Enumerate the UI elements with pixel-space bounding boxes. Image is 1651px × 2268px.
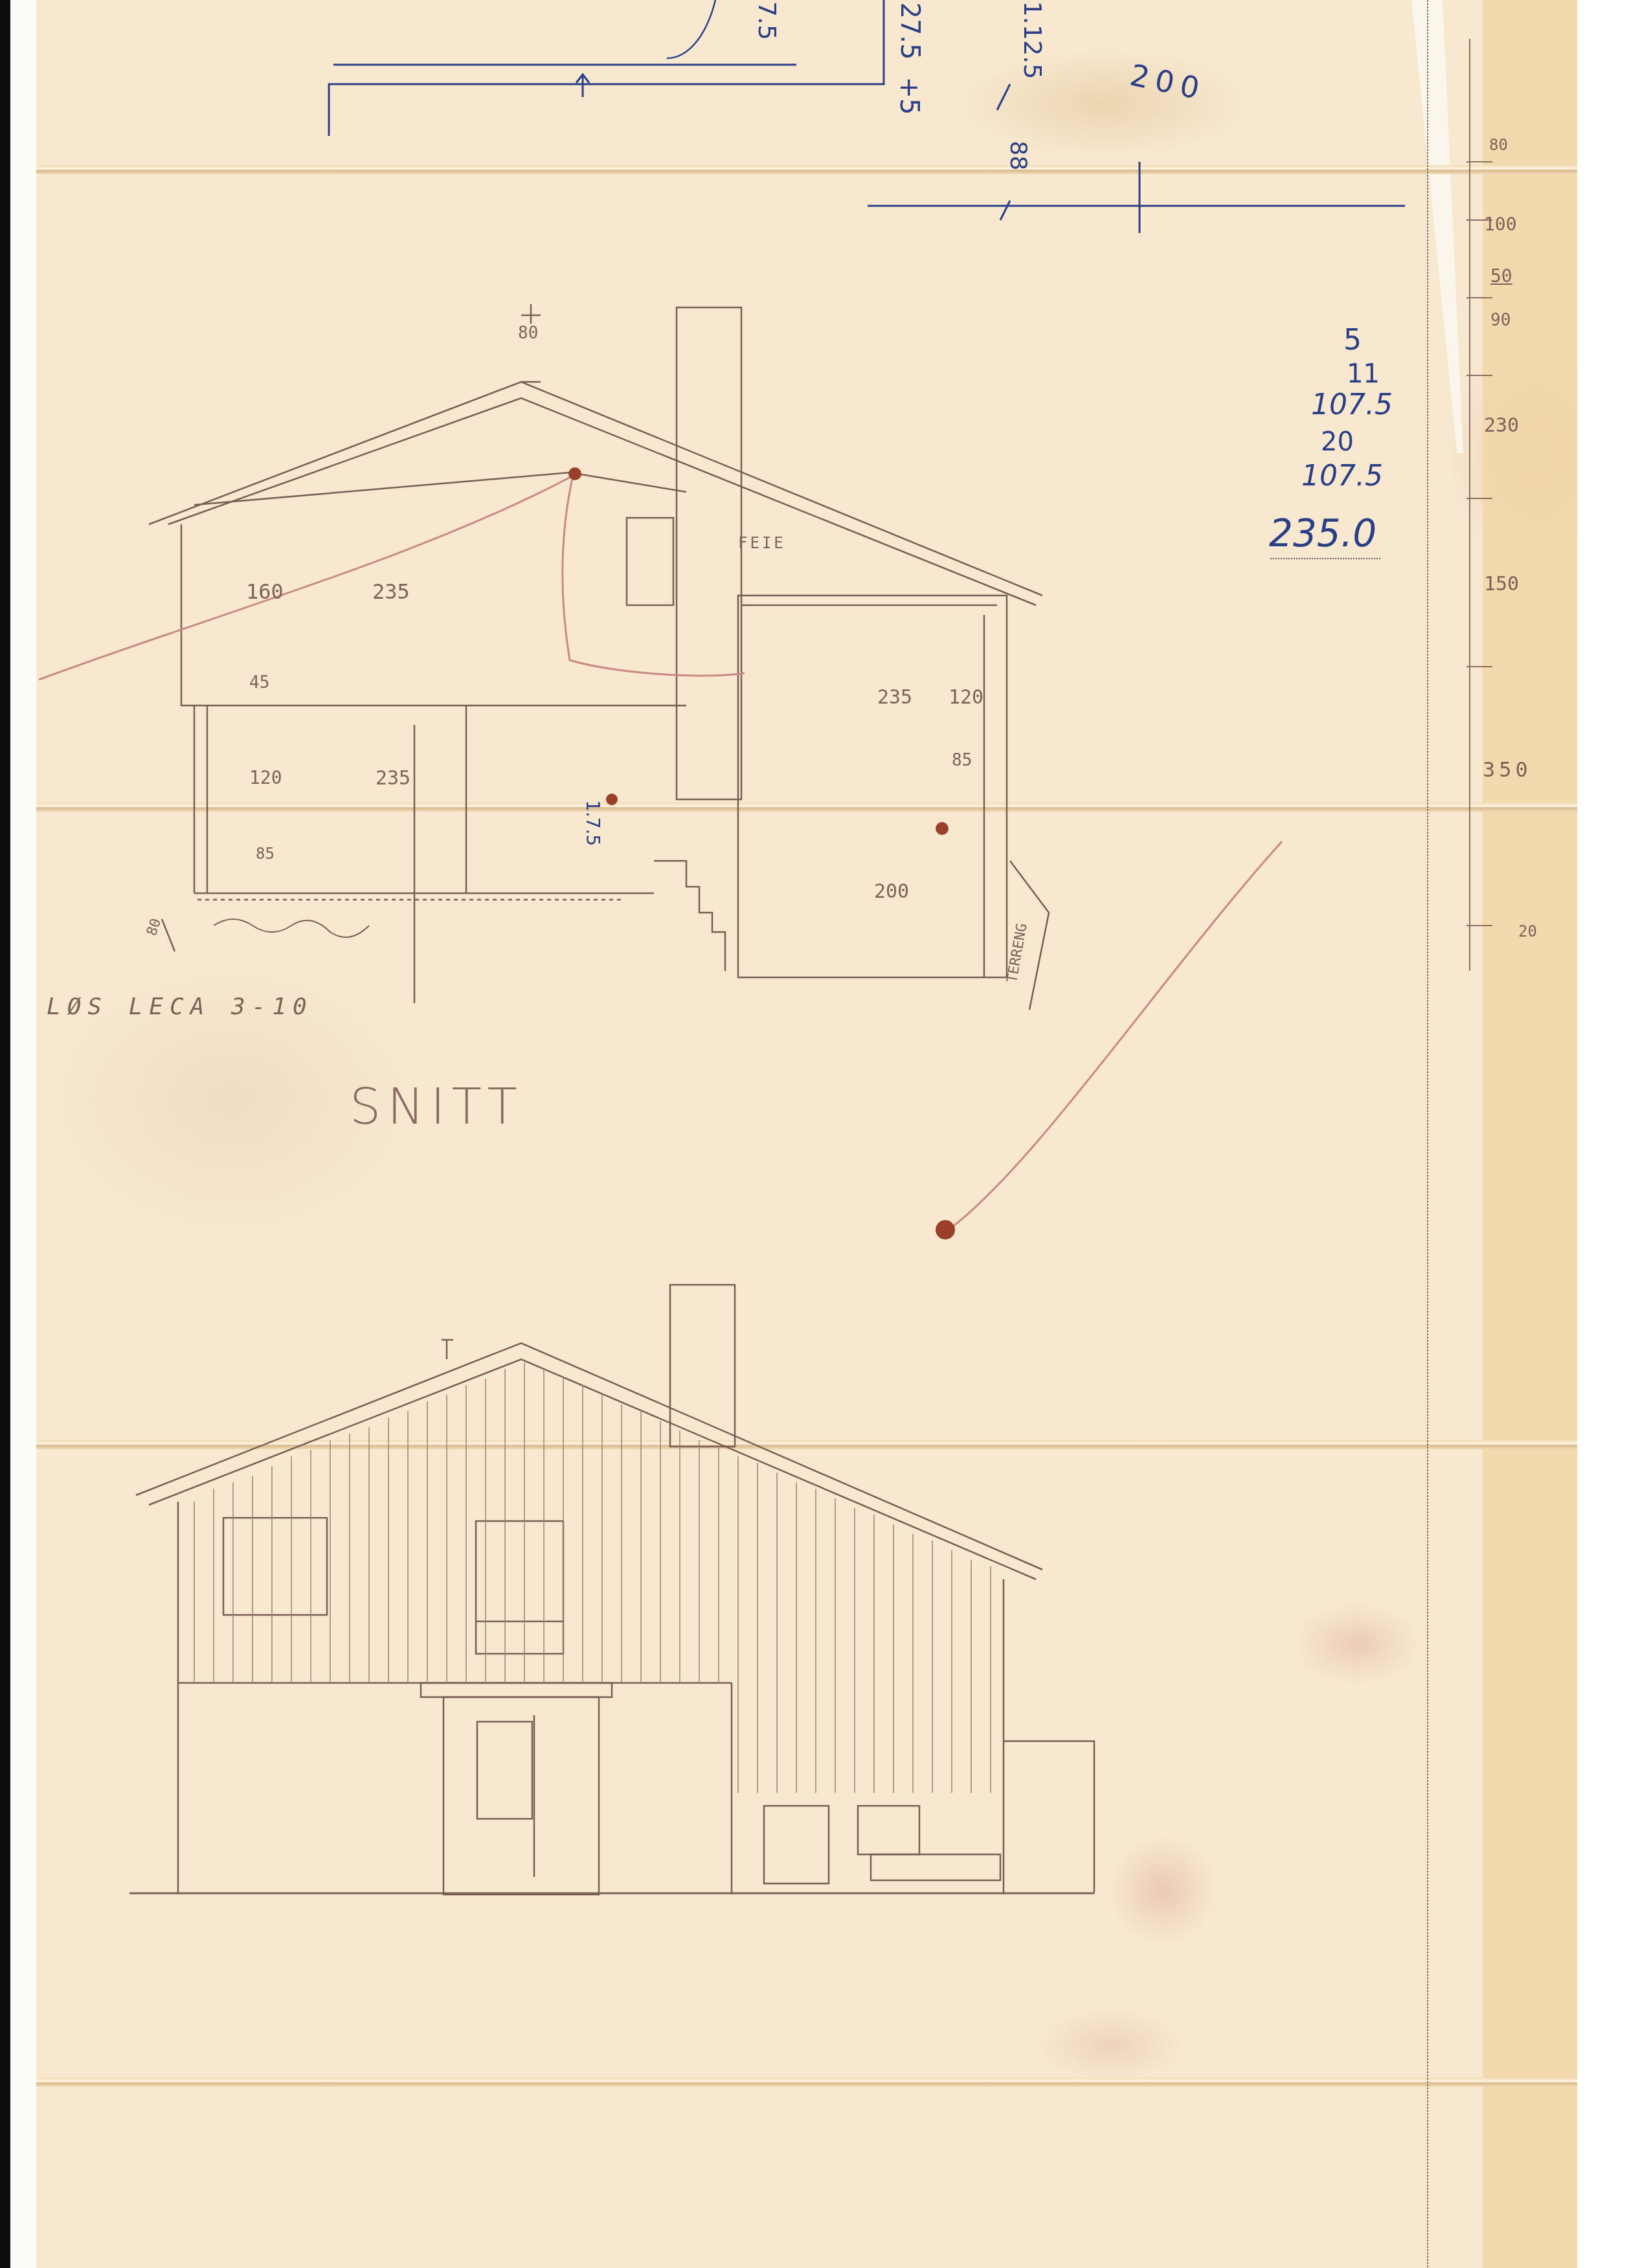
- ruler-tick-label: 230: [1484, 414, 1519, 437]
- dim-left-lower-window: 120: [249, 767, 282, 788]
- dim-ridge-height: 80: [518, 324, 538, 343]
- ruler-tick-label: 80: [1489, 136, 1508, 154]
- section-drawing: [149, 304, 1049, 1010]
- ruler-tick-label: 100: [1484, 214, 1517, 235]
- calc-line-2: 11: [1347, 359, 1380, 389]
- ruler-tick-label: 50: [1490, 265, 1512, 287]
- top-dimension-lines: [329, 0, 1405, 233]
- calc-line-1: 5: [1343, 324, 1362, 357]
- calc-total: 235.0: [1269, 511, 1376, 555]
- dim-left-upper-height: 235: [372, 579, 410, 604]
- ink-dim-mid-vertical: 27.5: [895, 2, 925, 60]
- vertical-cladding: [194, 1362, 991, 1793]
- dim-left-footing: 85: [256, 845, 275, 863]
- ink-dim-blue-vertical: 1.7.5: [582, 800, 603, 846]
- ink-dim-left-vertical: 7.5: [753, 1, 781, 40]
- dim-right-upper-height: 235: [877, 686, 912, 709]
- ruler-tick-label: 20: [1518, 922, 1537, 940]
- ink-dim-right-vertical: 1.12.5: [1018, 1, 1047, 80]
- dim-right-window: 120: [949, 686, 983, 709]
- dim-right-sill: 85: [952, 751, 972, 770]
- dim-left-upper-width: 160: [246, 579, 284, 604]
- ruler-tick-label: 350: [1483, 757, 1532, 782]
- dim-left-sill: 45: [249, 673, 269, 693]
- drawing-canvas: [0, 0, 1651, 2268]
- ruler-tick-label: 150: [1484, 573, 1519, 595]
- elevation-drawing: [129, 1285, 1094, 1895]
- calc-line-4: 20: [1321, 427, 1354, 457]
- section-title: SNITT: [350, 1078, 524, 1135]
- room-label-feie: FEIE: [738, 534, 786, 552]
- calc-line-5: 107.5: [1301, 460, 1383, 493]
- dim-left-lower-height: 235: [376, 767, 410, 790]
- calc-line-3: 107.5: [1311, 388, 1393, 421]
- ink-dim-right-lower: 88: [1005, 141, 1031, 171]
- right-ruler: [1428, 0, 1492, 2268]
- red-pencil-marks: [39, 467, 1282, 1240]
- ruler-tick-label: 90: [1490, 311, 1511, 330]
- dim-right-lower-height: 200: [874, 880, 909, 903]
- material-note: LØS LECA 3-10: [47, 994, 313, 1020]
- calc-sum-line: [1270, 558, 1380, 559]
- ink-dim-mid-plus: +5: [894, 77, 924, 115]
